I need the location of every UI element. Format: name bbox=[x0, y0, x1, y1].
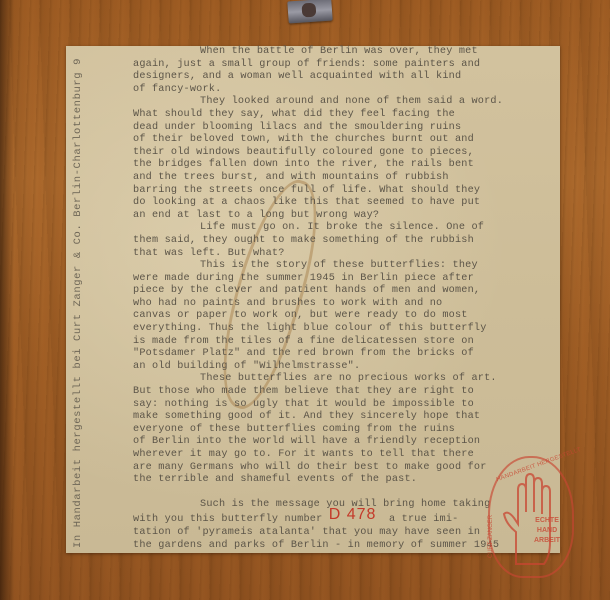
stamp-side-text: CURT ZANGER bbox=[488, 515, 494, 558]
butterfly-number: D 478 bbox=[329, 506, 377, 523]
maker-imprint: In Handarbeit hergestellt bei Curt Zange… bbox=[72, 58, 84, 548]
stamp-word: HAND bbox=[534, 526, 560, 536]
text-line: of Berlin into the world will have a fri… bbox=[133, 436, 553, 449]
text-line: them said, they ought to make something … bbox=[133, 235, 553, 248]
text-line: But those who made them believe that the… bbox=[133, 386, 553, 399]
text-line: Life must go on. It broke the silence. O… bbox=[133, 222, 553, 235]
stamp-word: ARBEIT bbox=[534, 536, 560, 546]
text-line: the terrible and shameful events of the … bbox=[133, 474, 553, 487]
text-line: are many Germans who will do their best … bbox=[133, 462, 553, 475]
text-line: the bridges fallen down into the river, … bbox=[133, 159, 553, 172]
text-line: everyone of these butterflies coming fro… bbox=[133, 424, 553, 437]
text-line: They looked around and none of them said… bbox=[133, 96, 553, 109]
text-line: an end at last to a long but wrong way? bbox=[133, 210, 553, 223]
stamp-words: ECHTEHANDARBEIT bbox=[534, 516, 560, 546]
text-line: piece by the clever and patient hands of… bbox=[133, 285, 553, 298]
tag-hole bbox=[301, 3, 316, 18]
text-line: When the battle of Berlin was over, they… bbox=[133, 46, 553, 59]
text-line: do looking at a chaos like this that see… bbox=[133, 197, 553, 210]
text-line: everything. Thus the light blue colour o… bbox=[133, 323, 553, 336]
text-line: an old building of "Wilhelmstrasse". bbox=[133, 361, 553, 374]
text-line: that was left. But what? bbox=[133, 248, 553, 261]
text-line: and the trees burst, and with mountains … bbox=[133, 172, 553, 185]
text-line: of their beloved town, with the churches… bbox=[133, 134, 553, 147]
text-line: were made during the summer 1945 in Berl… bbox=[133, 273, 553, 286]
text-line: What should they say, what did they feel… bbox=[133, 109, 553, 122]
text-line: These butterflies are no precious works … bbox=[133, 373, 553, 386]
text-line: wherever it may go to. For it wants to t… bbox=[133, 449, 553, 462]
text-line: barring the streets once full of life. W… bbox=[133, 185, 553, 198]
text-line: designers, and a woman well acquainted w… bbox=[133, 71, 553, 84]
text-line: who had no paints and brushes to work wi… bbox=[133, 298, 553, 311]
metal-hanger-tag bbox=[287, 0, 332, 24]
stamp-word: ECHTE bbox=[534, 516, 560, 526]
text-line: "Potsdamer Platz" and the red brown from… bbox=[133, 348, 553, 361]
typewritten-label: In Handarbeit hergestellt bei Curt Zange… bbox=[66, 46, 560, 553]
message-body: When the battle of Berlin was over, they… bbox=[133, 46, 553, 552]
wood-edge-shadow bbox=[0, 0, 14, 600]
text-line: This is the story of these butterflies: … bbox=[133, 260, 553, 273]
text-line: their old windows beautifully coloured g… bbox=[133, 147, 553, 160]
text-line: of fancy-work. bbox=[133, 84, 553, 97]
text-line: again, just a small group of friends: so… bbox=[133, 59, 553, 72]
text-line: make something good of it. And they sinc… bbox=[133, 411, 553, 424]
text-line: say: nothing is so ugly that it would be… bbox=[133, 399, 553, 412]
text-line: canvas or paper to work on, but were rea… bbox=[133, 310, 553, 323]
text-line: is made from the tiles of a fine delicat… bbox=[133, 336, 553, 349]
text-line: dead under blooming lilacs and the smoul… bbox=[133, 122, 553, 135]
handmade-stamp: HANDARBEIT HERGESTELLT CURT ZANGER ECHTE… bbox=[488, 456, 574, 578]
